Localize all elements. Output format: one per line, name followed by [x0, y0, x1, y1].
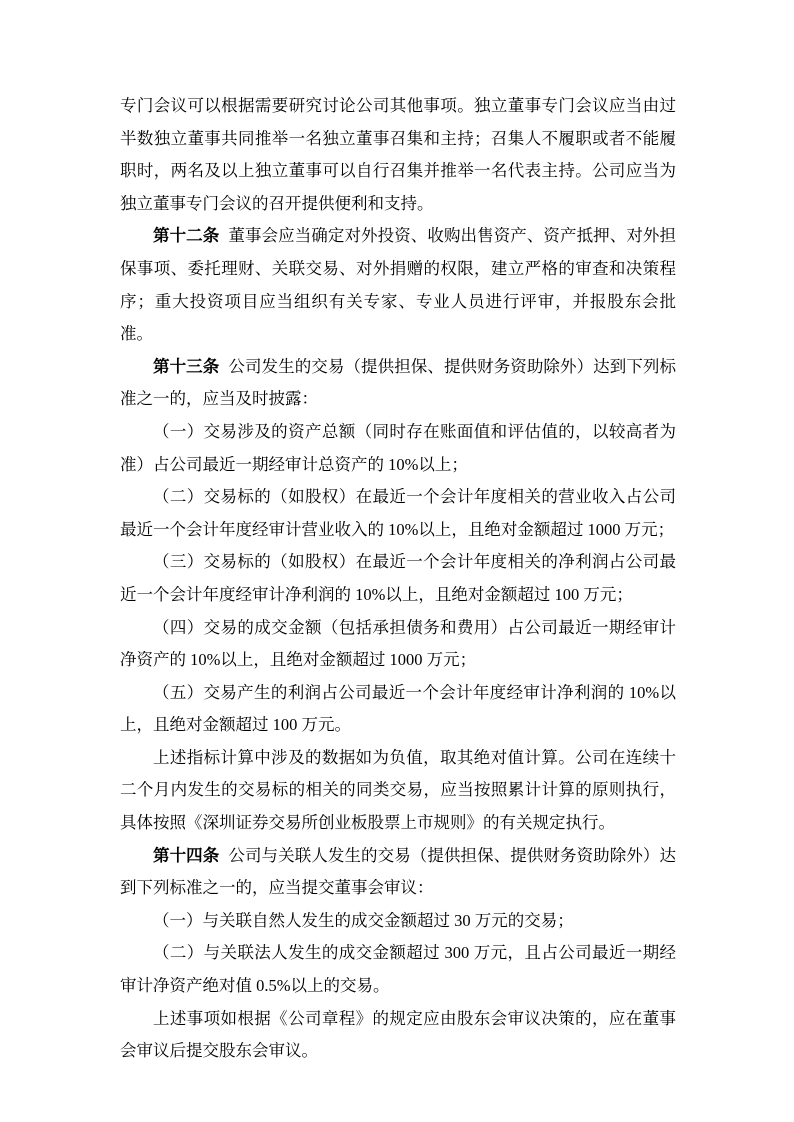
article-12: 第十二条董事会应当确定对外投资、收购出售资产、资产抵押、对外担保事项、委托理财、…: [120, 220, 676, 350]
article-13-item-5: （五）交易产生的利润占公司最近一个会计年度经审计净利润的 10%以上，且绝对金额…: [120, 677, 676, 742]
article-13-label: 第十三条: [153, 357, 219, 376]
article-12-label: 第十二条: [153, 226, 219, 245]
document-page: 专门会议可以根据需要研究讨论公司其他事项。独立董事专门会议应当由过半数独立董事共…: [0, 0, 794, 1122]
paragraph-continuation: 专门会议可以根据需要研究讨论公司其他事项。独立董事专门会议应当由过半数独立董事共…: [120, 90, 676, 220]
article-13-item-1: （一）交易涉及的资产总额（同时存在账面值和评估值的，以较高者为准）占公司最近一期…: [120, 416, 676, 481]
article-14-item-1: （一）与关联自然人发生的成交金额超过 30 万元的交易；: [120, 905, 676, 938]
article-13-item-3: （三）交易标的（如股权）在最近一个会计年度相关的净利润占公司最近一个会计年度经审…: [120, 546, 676, 611]
article-13-closing: 上述指标计算中涉及的数据如为负值，取其绝对值计算。公司在连续十二个月内发生的交易…: [120, 742, 676, 840]
article-13: 第十三条公司发生的交易（提供担保、提供财务资助除外）达到下列标准之一的，应当及时…: [120, 351, 676, 416]
article-14-item-2: （二）与关联法人发生的成交金额超过 300 万元，且占公司最近一期经审计净资产绝…: [120, 937, 676, 1002]
document-body: 专门会议可以根据需要研究讨论公司其他事项。独立董事专门会议应当由过半数独立董事共…: [120, 90, 676, 1068]
article-13-item-2: （二）交易标的（如股权）在最近一个会计年度相关的营业收入占公司最近一个会计年度经…: [120, 481, 676, 546]
article-14: 第十四条公司与关联人发生的交易（提供担保、提供财务资助除外）达到下列标准之一的，…: [120, 840, 676, 905]
article-13-item-4: （四）交易的成交金额（包括承担债务和费用）占公司最近一期经审计净资产的 10%以…: [120, 612, 676, 677]
article-14-closing: 上述事项如根据《公司章程》的规定应由股东会审议决策的，应在董事会审议后提交股东会…: [120, 1003, 676, 1068]
article-14-label: 第十四条: [153, 846, 219, 865]
